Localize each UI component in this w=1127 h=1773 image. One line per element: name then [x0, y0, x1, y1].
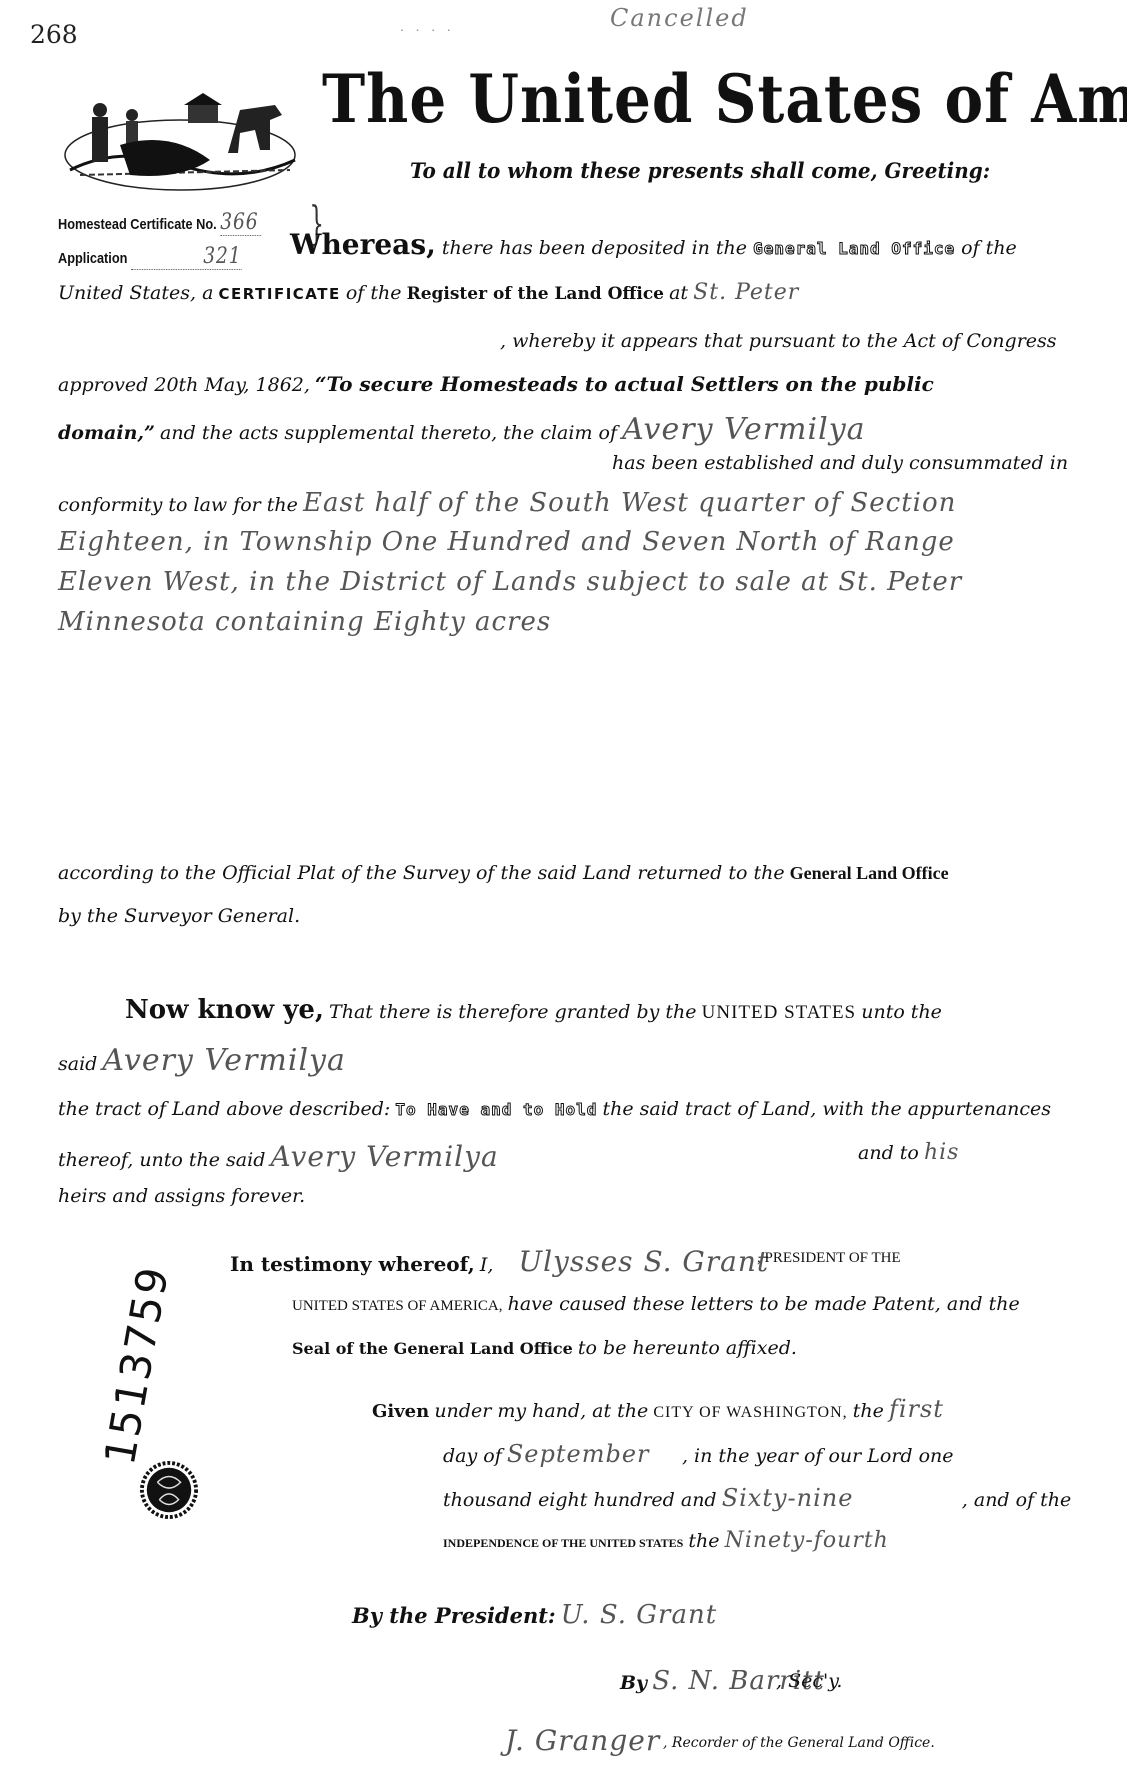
document-title: The United States of America, [322, 60, 1127, 138]
text: and the acts supplemental thereto, the c… [160, 422, 617, 444]
text: I, [480, 1254, 494, 1276]
general-land-office-emph: General Land Office [753, 239, 955, 258]
grant-line-2: said Avery Vermilya [58, 1043, 346, 1078]
plat-line: according to the Official Plat of the Su… [58, 862, 949, 884]
text: at [669, 282, 688, 304]
application-label: Application [58, 250, 127, 267]
whereas-line-5: domain,” and the acts supplemental there… [58, 412, 866, 447]
text: there has been deposited in the [442, 237, 747, 259]
text: said [58, 1053, 97, 1075]
testimony-line-2: UNITED STATES OF AMERICA, have caused th… [292, 1293, 1020, 1315]
register-phrase: Register of the Land Office [407, 284, 664, 304]
independence-year: Ninety-fourth [725, 1528, 889, 1553]
by-president-line: By the President: U. S. Grant [352, 1600, 717, 1630]
given-line-3: thousand eight hundred and Sixty-nine , … [443, 1484, 1071, 1512]
grant-line-3: the tract of Land above described: To Ha… [58, 1098, 1051, 1120]
given-line-2: day of September , in the year of our Lo… [443, 1440, 954, 1468]
text: That there is therefore granted by the [329, 1001, 697, 1023]
text: UNITED STATES OF AMERICA, [292, 1298, 502, 1314]
land-description-line: Minnesota containing Eighty acres [58, 607, 551, 637]
whereas-line-4: approved 20th May, 1862, “To secure Home… [58, 372, 934, 396]
text: approved 20th May, 1862, [58, 374, 310, 396]
given-lead: Given [372, 1401, 429, 1422]
text: the tract of Land above described: [58, 1098, 390, 1120]
month-value: September [507, 1440, 677, 1468]
to-have-and-to-hold: To Have and to Hold [395, 1100, 597, 1119]
united-states-text: UNITED STATES [702, 1002, 857, 1023]
application-field: Application 321 [58, 244, 241, 270]
seal-phrase: Seal of the General Land Office [292, 1339, 573, 1358]
testimony-line-3: Seal of the General Land Office to be he… [292, 1337, 797, 1359]
president-title: , PRESIDENT OF THE [757, 1250, 901, 1267]
claimant-name: Avery Vermilya [622, 412, 865, 447]
top-annotation: Cancelled [610, 4, 749, 32]
testimony-lead: In testimony whereof, [230, 1252, 475, 1276]
land-description-line: East half of the South West quarter of S… [303, 488, 956, 518]
grantee-name: Avery Vermilya [102, 1043, 345, 1078]
text: , and of the [962, 1489, 1071, 1511]
land-description-line: Eleven West, in the District of Lands su… [58, 567, 962, 597]
text: thereof, unto the said [58, 1149, 265, 1171]
general-land-office-seal-icon [140, 1461, 198, 1519]
homestead-number: 366 [220, 210, 261, 236]
text: United States, a [58, 282, 213, 304]
president-signature: U. S. Grant [561, 1600, 717, 1630]
text: according to the Official Plat of the Su… [58, 862, 785, 884]
text: of the [346, 282, 402, 304]
text: the [853, 1400, 884, 1422]
whereas-line-3: , whereby it appears that pursuant to th… [500, 330, 1057, 352]
text: day of [443, 1445, 502, 1467]
president-name: Ulysses S. Grant [519, 1245, 770, 1278]
grant-line-4-end: and to his [858, 1140, 959, 1165]
year-value: Sixty-nine [722, 1484, 957, 1512]
text: the [688, 1530, 719, 1552]
grant-line-5: heirs and assigns forever. [58, 1185, 305, 1207]
day-value: first [889, 1395, 944, 1423]
testimony-line-1: In testimony whereof, I, Ulysses S. Gran… [230, 1245, 769, 1278]
farm-scene-engraving-icon [60, 75, 300, 195]
text: domain,” [58, 422, 155, 444]
page-number: 268 [30, 20, 78, 49]
surveyor-line: by the Surveyor General. [58, 905, 300, 927]
pronoun: his [924, 1140, 960, 1165]
secretary-title: , Sec'y. [776, 1670, 842, 1692]
by-the-president-label: By the President: [352, 1603, 556, 1628]
whereas-line-7: conformity to law for the East half of t… [58, 488, 956, 518]
text: of the [961, 237, 1017, 259]
text: , in the year of our Lord one [682, 1445, 954, 1467]
land-description-line: Eighteen, in Township One Hundred and Se… [58, 527, 955, 557]
homestead-certificate-field: Homestead Certificate No. 366 [58, 210, 261, 236]
text: have caused these letters to be made Pat… [508, 1293, 1020, 1315]
homestead-act-title: “To secure Homesteads to actual Settlers… [315, 372, 934, 396]
text: INDEPENDENCE OF THE UNITED STATES [443, 1536, 683, 1550]
whereas-line-6: has been established and duly consummate… [612, 452, 1068, 474]
whereas-line-1: Whereas, there has been deposited in the… [290, 228, 1017, 261]
text: conformity to law for the [58, 494, 298, 516]
recorder-title: , Recorder of the General Land Office. [663, 1735, 935, 1751]
top-dots: . . . . [400, 20, 455, 34]
grantee-name-2: Avery Vermilya [270, 1140, 498, 1173]
greeting-line: To all to whom these presents shall come… [410, 158, 990, 183]
text: under my hand, at the [434, 1400, 648, 1422]
whereas-lead: Whereas, [290, 228, 436, 261]
given-line-4: INDEPENDENCE OF THE UNITED STATES the Ni… [443, 1528, 889, 1553]
recorder-signature: J. Granger [505, 1724, 660, 1757]
application-number: 321 [131, 244, 242, 270]
grant-line-1: Now know ye, That there is therefore gra… [125, 995, 942, 1025]
certificate-word: CERTIFICATE [219, 285, 341, 303]
text: thousand eight hundred and [443, 1489, 717, 1511]
whereas-line-2: United States, a CERTIFICATE of the Regi… [58, 280, 799, 305]
serial-number: 1513759 [95, 1262, 178, 1469]
text: the said tract of Land, with the appurte… [603, 1098, 1052, 1120]
city-of-washington: CITY OF WASHINGTON, [653, 1404, 847, 1421]
given-line-1: Given under my hand, at the CITY OF WASH… [372, 1395, 944, 1423]
grant-line-4: thereof, unto the said Avery Vermilya [58, 1140, 499, 1173]
text: unto the [861, 1001, 942, 1023]
land-office-location: St. Peter [693, 280, 799, 305]
by-label: By [620, 1672, 647, 1694]
homestead-label: Homestead Certificate No. [58, 216, 217, 233]
now-know-ye: Now know ye, [125, 995, 324, 1025]
text: and to [858, 1142, 919, 1164]
general-land-office-text: General Land Office [790, 863, 949, 883]
text: to be hereunto affixed. [578, 1337, 797, 1359]
